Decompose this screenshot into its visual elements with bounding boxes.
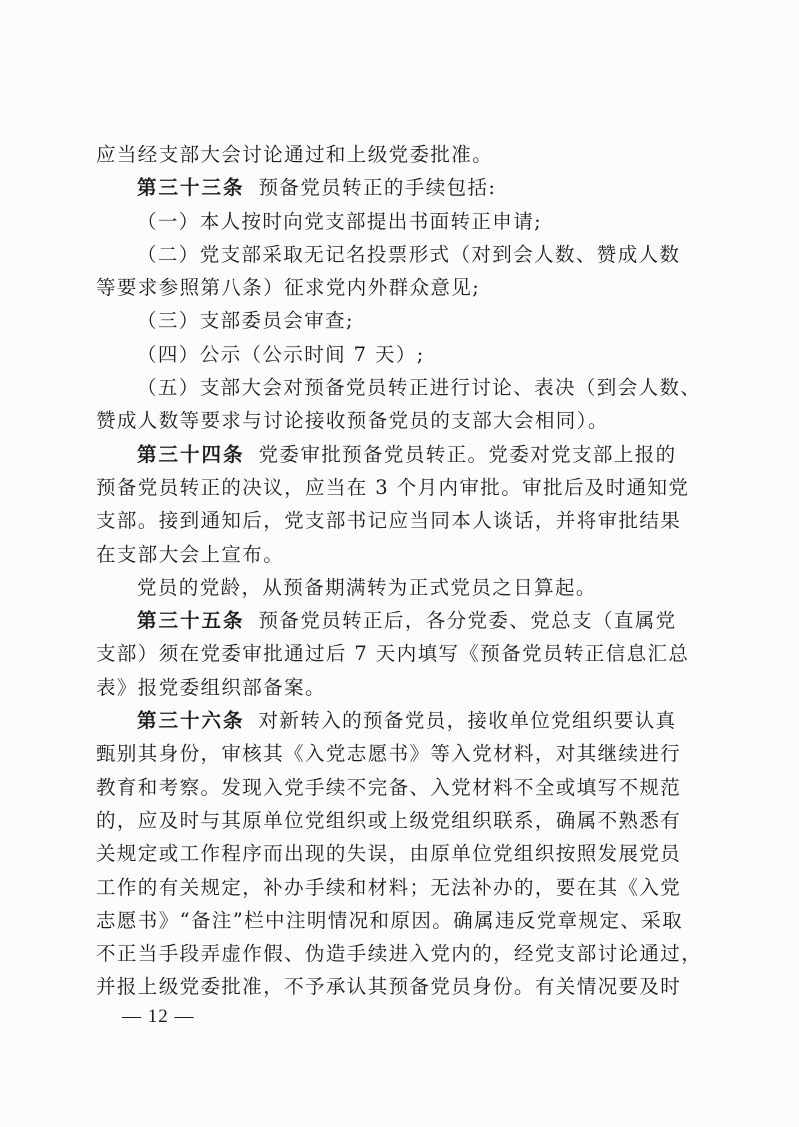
paragraph-line: 党员的党龄，从预备期满转为正式党员之日算起。 (96, 571, 704, 604)
article-heading-line: 第三十五条预备党员转正后，各分党委、党总支（直属党 (96, 604, 704, 637)
article-number: 第三十三条 (137, 176, 245, 199)
text-line: 预备党员转正的决议，应当在 3 个月内审批。审批后及时通知党 (96, 471, 704, 504)
text-line: 的，应及时与其原单位党组织或上级党组织联系，确属不熟悉有 (96, 804, 704, 837)
text-line: 支部。接到通知后，党支部书记应当同本人谈话，并将审批结果 (96, 504, 704, 537)
article-number: 第三十五条 (137, 609, 245, 632)
text-line: 表》报党委组织部备案。 (96, 671, 704, 704)
text-line: 甄别其身份，审核其《入党志愿书》等入党材料，对其继续进行 (96, 737, 704, 770)
list-item: （四）公示（公示时间 7 天）; (96, 338, 704, 371)
text-line: 赞成人数等要求与讨论接收预备党员的支部大会相同）。 (96, 404, 704, 437)
article-number: 第三十四条 (137, 443, 245, 466)
text-line: 不正当手段弄虚作假、伪造手续进入党内的，经党支部讨论通过， (96, 937, 704, 970)
list-item: （二）党支部采取无记名投票形式（对到会人数、赞成人数 (96, 238, 704, 271)
text-line: 支部）须在党委审批通过后 7 天内填写《预备党员转正信息汇总 (96, 637, 704, 670)
text-line: 教育和考察。发现入党手续不完备、入党材料不全或填写不规范 (96, 771, 704, 804)
text-line: 等要求参照第八条）征求党内外群众意见; (96, 271, 704, 304)
list-item: （三）支部委员会审查; (96, 304, 704, 337)
page-number: — 12 — (122, 1006, 195, 1028)
text-line: 在支部大会上宣布。 (96, 538, 704, 571)
text-line: 应当经支部大会讨论通过和上级党委批准。 (96, 138, 704, 171)
article-heading-line: 第三十三条预备党员转正的手续包括: (96, 171, 704, 204)
text-line: 志愿书》“备注”栏中注明情况和原因。确属违反党章规定、采取 (96, 904, 704, 937)
article-number: 第三十六条 (137, 709, 245, 732)
text-line: 并报上级党委批准，不予承认其预备党员身份。有关情况要及时 (96, 970, 704, 1003)
list-item: （一）本人按时向党支部提出书面转正申请; (96, 205, 704, 238)
text-line: 工作的有关规定，补办手续和材料；无法补办的，要在其《入党 (96, 871, 704, 904)
document-body: 应当经支部大会讨论通过和上级党委批准。 第三十三条预备党员转正的手续包括: （一… (96, 138, 704, 1004)
article-heading-line: 第三十六条对新转入的预备党员，接收单位党组织要认真 (96, 704, 704, 737)
article-heading-line: 第三十四条党委审批预备党员转正。党委对党支部上报的 (96, 438, 704, 471)
list-item: （五）支部大会对预备党员转正进行讨论、表决（到会人数、 (96, 371, 704, 404)
text-line: 关规定或工作程序而出现的失误，由原单位党组织按照发展党员 (96, 837, 704, 870)
